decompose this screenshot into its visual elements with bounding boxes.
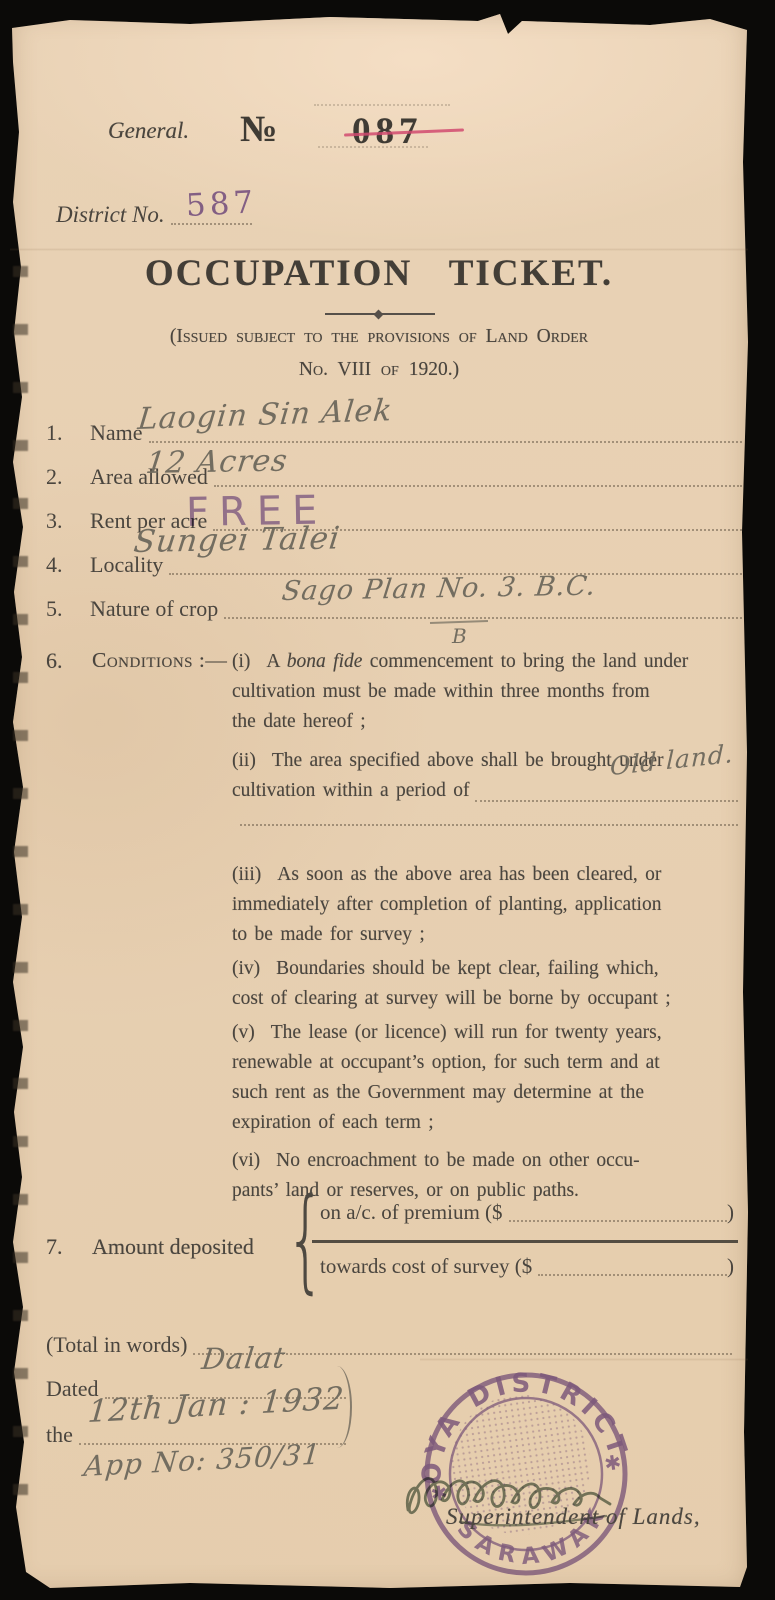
survey-label: towards cost of survey ($ [320,1254,532,1279]
period-fill-line [475,800,738,802]
document-title: OCCUPATION TICKET. [10,252,748,295]
perforation-dots [318,146,428,148]
condition-line: No encroachment to be made on other occu… [276,1150,639,1171]
deposit-divider-line [312,1240,738,1243]
condition-line: such rent as the Government may determin… [232,1078,740,1108]
premium-fill-line [509,1220,727,1222]
field-value-area: 12 Acres [144,443,290,481]
field-number: 2. [46,464,90,490]
field-number: 3. [46,508,90,534]
field-number: 4. [46,552,90,578]
condition-item-iv: (iv)Boundaries should be kept clear, fai… [232,954,740,1014]
field-label: Nature of crop [90,596,218,622]
condition-item-i: (i)A bona fide commencement to bring the… [232,647,740,737]
condition-line: the date hereof ; [232,707,740,737]
total-label: (Total in words) [46,1332,187,1358]
paper-crease [10,248,748,251]
premium-label: on a/c. of premium ($ [320,1200,503,1225]
condition-line: cost of clearing at survey will be borne… [232,984,740,1014]
condition-line: cultivation must be made within three mo… [232,677,740,707]
district-label: District No. [56,202,165,228]
condition-line: to be made for survey ; [232,920,740,950]
field-value-crop: Sago Plan No. 3. B.C. [280,570,598,607]
survey-line: towards cost of survey ($ ) [320,1254,734,1279]
deposit-number: 7. [46,1234,63,1260]
condition-line: The lease (or licence) will run for twen… [271,1022,662,1043]
condition-roman: (iv) [232,954,260,984]
condition-line: renewable at occupant’s option, for such… [232,1048,740,1078]
general-label: General. [108,118,189,144]
field-number: 5. [46,596,90,622]
district-number-stamp: 587 [185,184,258,224]
field-label: Name [90,420,143,446]
field-number: 1. [46,420,90,446]
district-fill-line [171,223,252,225]
conditions-label: Conditions :— [92,648,227,673]
subtitle-line-2: No. VIII of 1920.) [10,359,748,381]
field-value-locality: Sungei Talei [132,520,342,560]
condition-line: cultivation within a period of [232,776,469,806]
condition-roman: (vi) [232,1146,260,1176]
extra-fill-line [240,824,738,826]
condition-item-v: (v)The lease (or licence) will run for t… [232,1018,740,1138]
field-value-crop-sub: B [452,624,468,648]
subtitle-line-1: (Issued subject to the provisions of Lan… [10,326,748,348]
superintendent-label: Superintendent of Lands, [446,1504,701,1530]
field-fill-line [214,485,742,487]
total-row: (Total in words) [46,1332,732,1358]
field-fill-line [224,617,742,619]
survey-close-paren: ) [727,1254,734,1279]
condition-line: immediately after completion of planting… [232,890,740,920]
perforation-dots [314,104,450,106]
condition-line-emphasis: bona fide [287,651,363,672]
premium-line: on a/c. of premium ($ ) [320,1200,734,1225]
deposit-label: Amount deposited [92,1234,254,1260]
the-label: the [46,1422,73,1448]
condition-line: As soon as the above area has been clear… [277,864,661,885]
premium-close-paren: ) [727,1200,734,1225]
conditions-number: 6. [46,648,63,674]
condition-line: The area specified above shall be brough… [272,750,664,771]
condition-roman: (ii) [232,746,256,776]
dated-place-value: Dalat [200,1340,288,1376]
condition-roman: (i) [232,647,250,677]
condition-line: expiration of each term ; [232,1108,740,1138]
no-label: № [240,108,277,151]
left-edge-counterfoil-marks [13,232,28,1522]
condition-line: commencement to bring the land under [362,651,688,672]
survey-fill-line [538,1274,727,1276]
condition-line: Boundaries should be kept clear, failing… [276,958,658,979]
field-fill-line [149,441,742,443]
title-divider [325,313,435,315]
condition-roman: (v) [232,1018,255,1048]
condition-item-iii: (iii)As soon as the above area has been … [232,860,740,950]
condition-line: A [266,651,286,672]
condition-roman: (iii) [232,860,261,890]
